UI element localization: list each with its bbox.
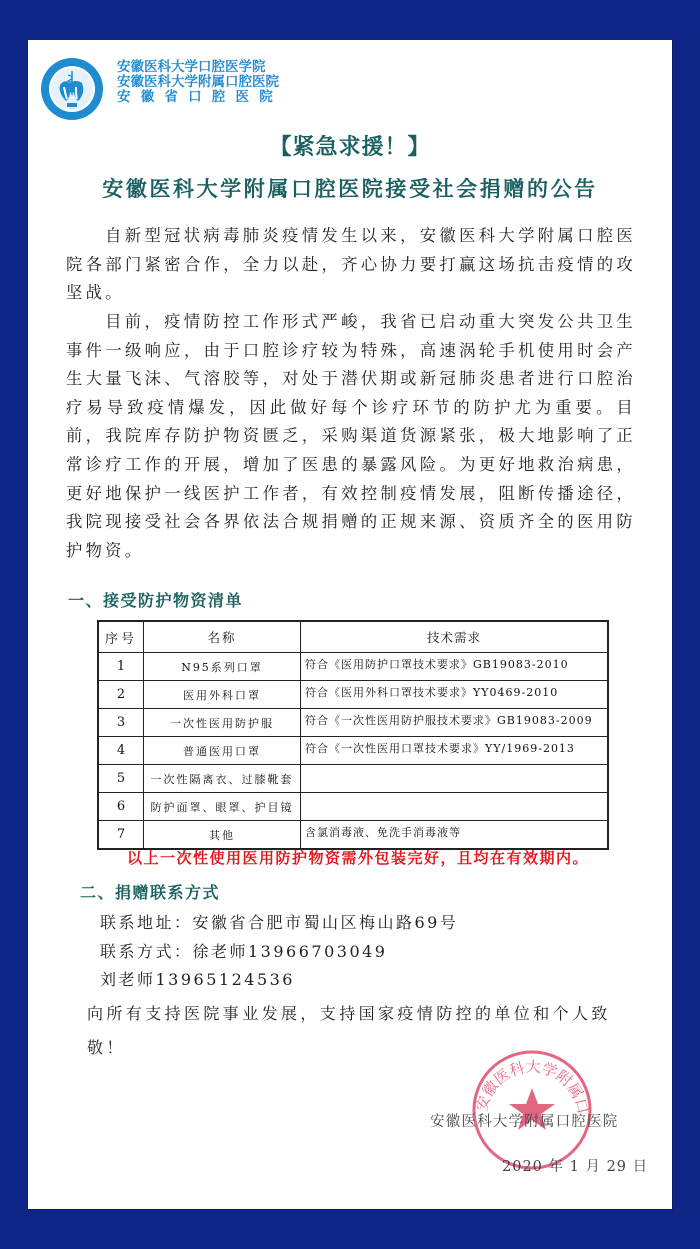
hospital-emblem-icon	[40, 57, 104, 121]
announcement-card: 安徽医科大学口腔医学院 安徽医科大学附属口腔医院 安徽省口腔医院 【紧急求援！】…	[28, 40, 673, 1210]
cell-name: N95系列口罩	[144, 653, 301, 681]
cell-number: 2	[98, 681, 144, 709]
contact-phone-xu: 联系方式：徐老师13966703049	[100, 939, 387, 962]
cell-number: 3	[98, 709, 144, 737]
cell-number: 6	[98, 793, 144, 821]
signing-organization: 安徽医科大学附属口腔医院	[430, 1110, 618, 1131]
column-header-requirement: 技术需求	[301, 621, 609, 653]
cell-name: 普通医用口罩	[144, 737, 301, 765]
logo-line-3: 安徽省口腔医院	[117, 90, 283, 105]
cell-requirement	[301, 765, 609, 793]
contact-phone-liu: 刘老师13965124536	[100, 967, 295, 990]
supplies-table: 序号 名称 技术需求 1 N95系列口罩 符合《医用防护口罩技术要求》GB190…	[97, 620, 609, 850]
table-row: 7 其他 含氯消毒液、免洗手消毒液等	[98, 821, 608, 850]
signing-date: 2020 年 1 月 29 日	[502, 1155, 648, 1176]
cell-name: 一次性医用防护服	[144, 709, 301, 737]
cell-name: 其他	[144, 821, 301, 850]
intro-paragraph: 自新型冠状病毒肺炎疫情发生以来，安徽医科大学附属口腔医院各部门紧密合作，全力以赴…	[66, 222, 636, 308]
cell-number: 5	[98, 765, 144, 793]
cell-number: 1	[98, 653, 144, 681]
table-row: 2 医用外科口罩 符合《医用外科口罩技术要求》YY0469-2010	[98, 681, 608, 709]
cell-requirement	[301, 793, 609, 821]
cell-name: 一次性隔离衣、过膝靴套	[144, 765, 301, 793]
cell-name: 防护面罩、眼罩、护目镜	[144, 793, 301, 821]
cell-requirement: 符合《医用防护口罩技术要求》GB19083-2010	[301, 653, 609, 681]
table-row: 5 一次性隔离衣、过膝靴套	[98, 765, 608, 793]
logo-line-2: 安徽医科大学附属口腔医院	[117, 75, 283, 90]
table-row: 1 N95系列口罩 符合《医用防护口罩技术要求》GB19083-2010	[98, 653, 608, 681]
logo-line-1: 安徽医科大学口腔医学院	[117, 60, 283, 75]
cell-name: 医用外科口罩	[144, 681, 301, 709]
table-row: 3 一次性医用防护服 符合《一次性医用防护服技术要求》GB19083-2009	[98, 709, 608, 737]
column-header-name: 名称	[144, 621, 301, 653]
cell-requirement: 符合《医用外科口罩技术要求》YY0469-2010	[301, 681, 609, 709]
section-heading-supplies: 一、接受防护物资清单	[68, 588, 243, 611]
page-title: 安徽医科大学附属口腔医院接受社会捐赠的公告	[28, 173, 672, 203]
section-heading-contact: 二、捐赠联系方式	[80, 880, 220, 903]
cell-number: 4	[98, 737, 144, 765]
cell-number: 7	[98, 821, 144, 850]
column-header-number: 序号	[98, 621, 144, 653]
cell-requirement: 含氯消毒液、免洗手消毒液等	[301, 821, 609, 850]
table-row: 6 防护面罩、眼罩、护目镜	[98, 793, 608, 821]
situation-paragraph: 目前，疫情防控工作形式严峻，我省已启动重大突发公共卫生事件一级响应，由于口腔诊疗…	[66, 308, 636, 565]
cell-requirement: 符合《一次性医用口罩技术要求》YY/1969-2013	[301, 737, 609, 765]
table-header-row: 序号 名称 技术需求	[98, 621, 608, 653]
hospital-name-block: 安徽医科大学口腔医学院 安徽医科大学附属口腔医院 安徽省口腔医院	[117, 60, 283, 105]
table-row: 4 普通医用口罩 符合《一次性医用口罩技术要求》YY/1969-2013	[98, 737, 608, 765]
packaging-notice: 以上一次性使用医用防护物资需外包装完好，且均在有效期内。	[28, 847, 672, 868]
contact-address: 联系地址：安徽省合肥市蜀山区梅山路69号	[100, 910, 458, 933]
urgent-heading: 【紧急求援！】	[28, 130, 672, 161]
cell-requirement: 符合《一次性医用防护服技术要求》GB19083-2009	[301, 709, 609, 737]
